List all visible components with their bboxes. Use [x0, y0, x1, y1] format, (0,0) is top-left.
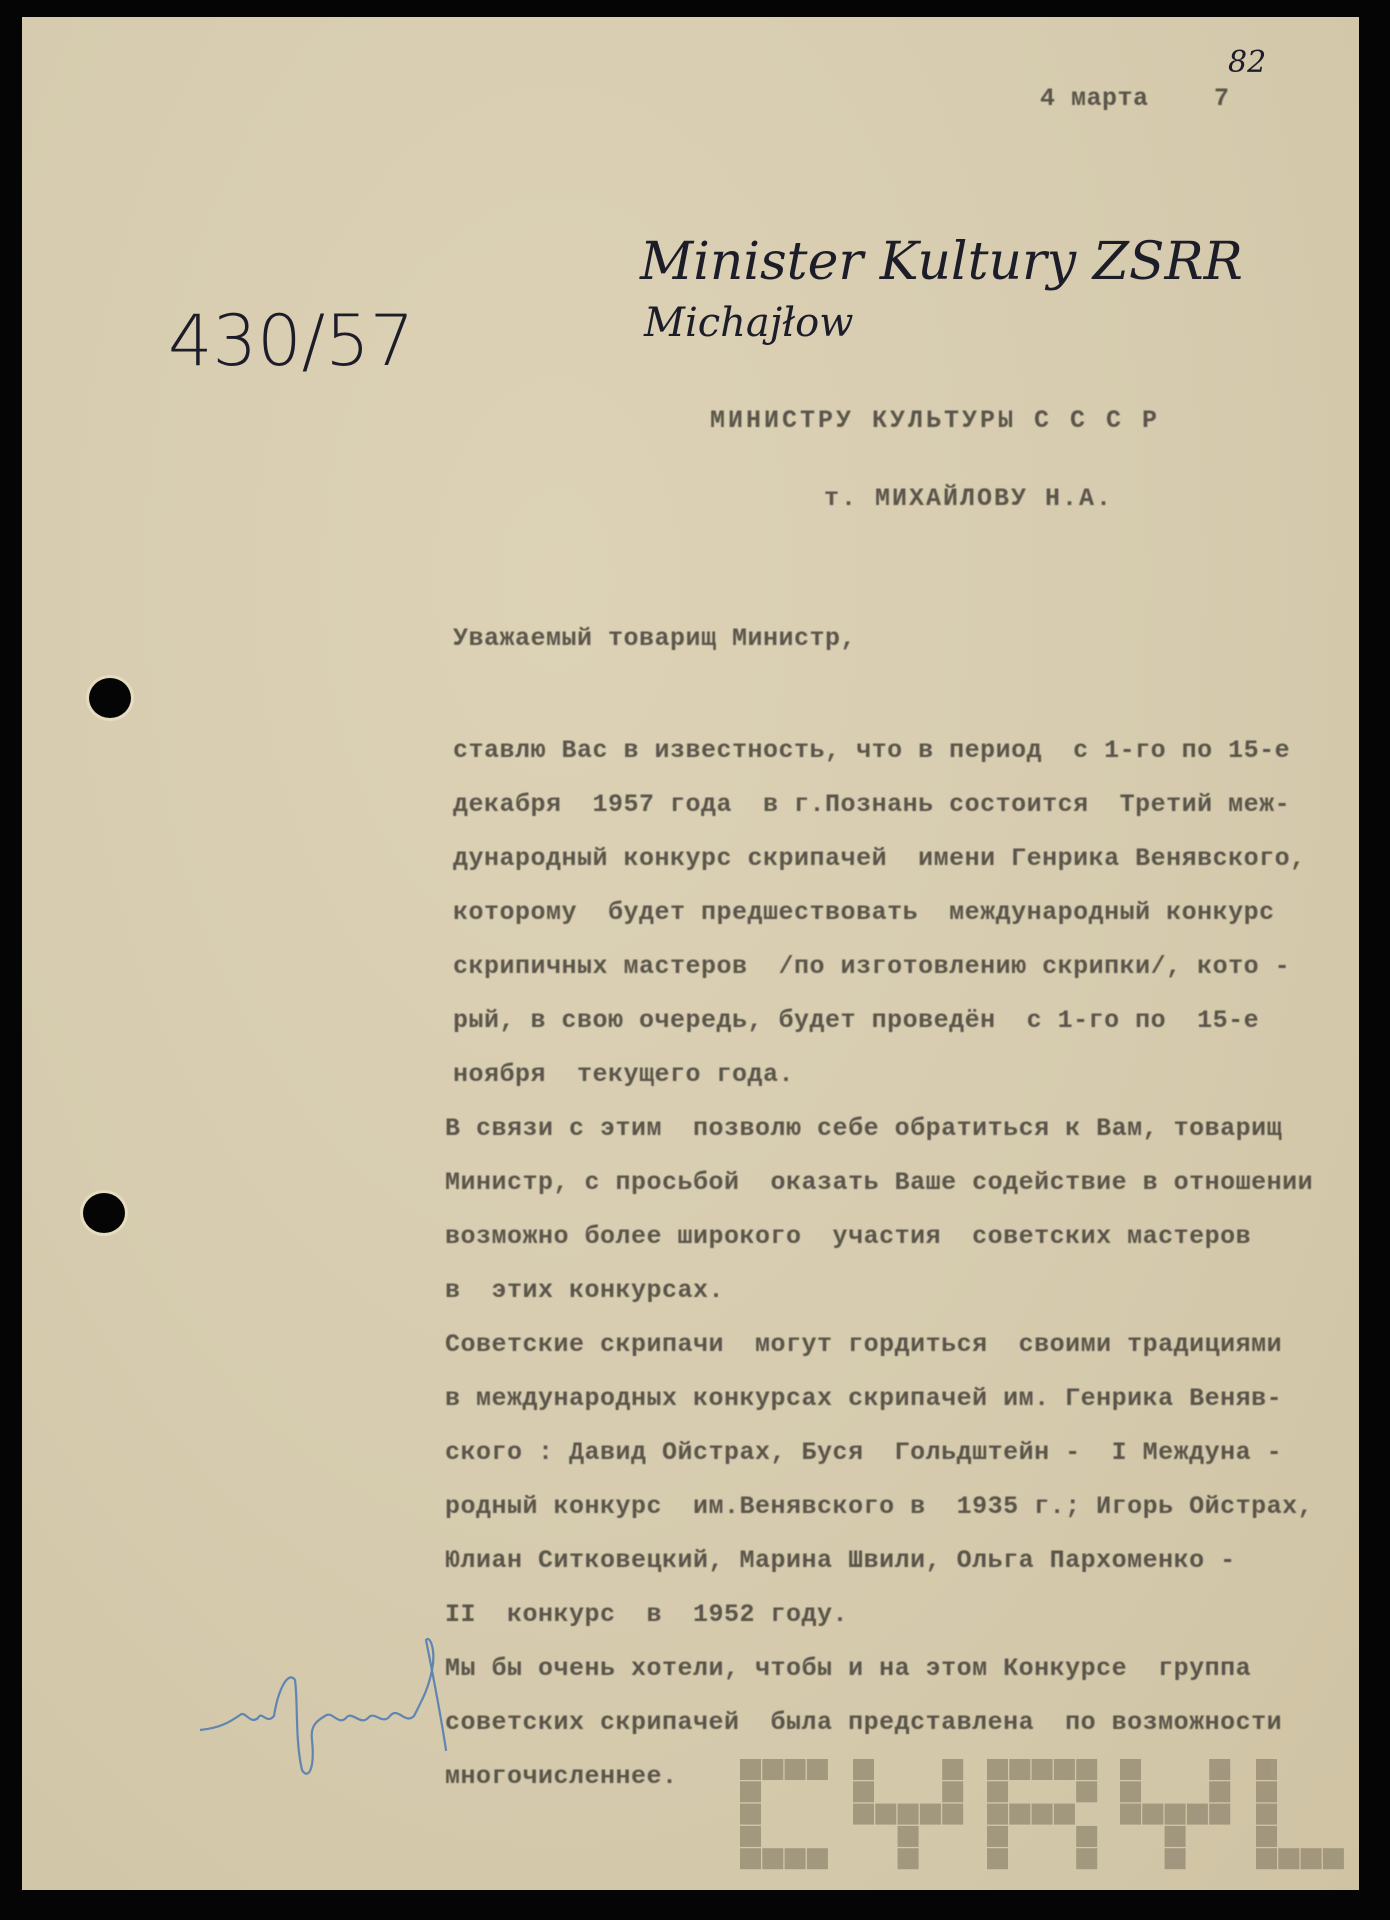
watermark-cyryl: [0, 0, 1390, 1920]
